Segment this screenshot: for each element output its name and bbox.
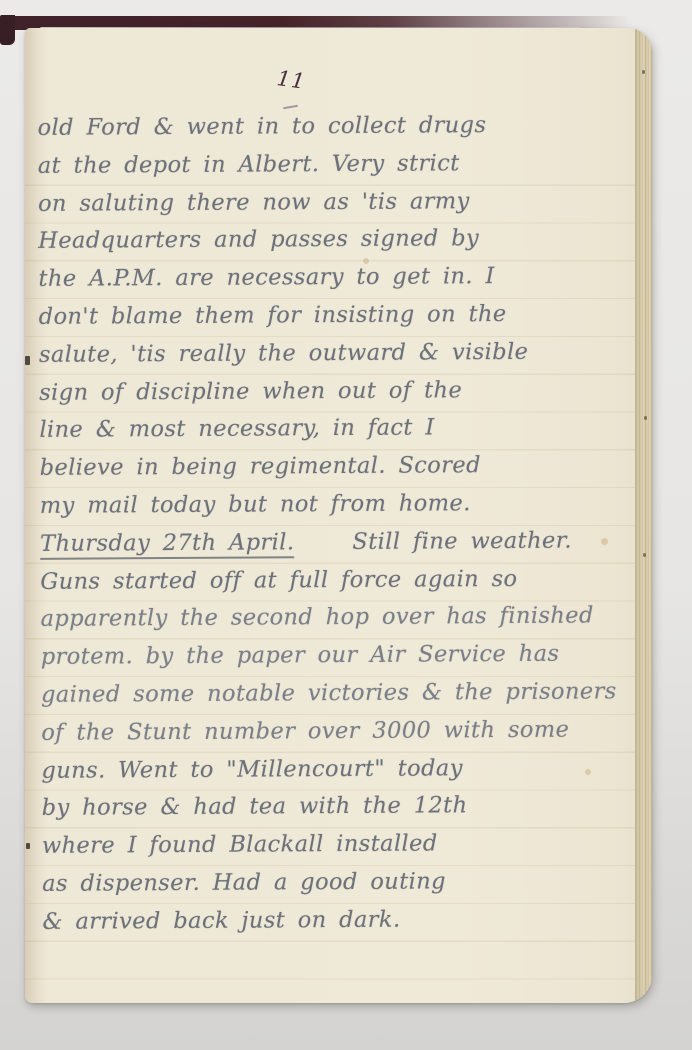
scanned-diary-photo: 11 old Ford & went in to collect drugs a… [0, 0, 692, 1050]
diary-line: the A.P.M. are necessary to get in. I [38, 257, 638, 298]
edge-speck [642, 70, 645, 74]
diary-line: & arrived back just on dark. [42, 900, 642, 941]
diary-line: believe in being regimental. Scored [40, 446, 640, 487]
diary-line: my mail today but not from home. [40, 484, 640, 525]
diary-entry-heading-line: Thursday 27th April.Still fine weather. [40, 522, 640, 563]
page-number: 11 [275, 66, 307, 94]
diary-line: at the depot in Albert. Very strict [38, 144, 638, 185]
notebook-cover-corner [0, 15, 15, 45]
diary-line: line & most necessary, in fact I [39, 409, 639, 450]
handwritten-text: old Ford & went in to collect drugs at t… [37, 106, 642, 941]
diary-line: where I found Blackall installed [42, 824, 642, 865]
diary-line: apparently the second hop over has finis… [40, 598, 640, 639]
diary-line: old Ford & went in to collect drugs [37, 106, 637, 147]
edge-speck [643, 553, 646, 557]
diary-line: by horse & had tea with the 12th [42, 787, 642, 828]
binding-mark [25, 356, 30, 365]
diary-line: as dispenser. Had a good outing [42, 862, 642, 903]
edge-speck [644, 416, 647, 420]
diary-line: sign of discipline when out of the [39, 371, 639, 412]
diary-page: 11 old Ford & went in to collect drugs a… [25, 28, 652, 1003]
diary-line: on saluting there now as 'tis army [38, 182, 638, 223]
diary-line: don't blame them for insisting on the [39, 295, 639, 336]
diary-line: protem. by the paper our Air Service has [41, 635, 641, 676]
entry-date-heading: Thursday 27th April. [40, 529, 294, 560]
diary-line: of the Stunt number over 3000 with some [41, 711, 641, 752]
binding-mark [26, 843, 30, 849]
diary-line: guns. Went to "Millencourt" today [41, 749, 641, 790]
entry-weather-note: Still fine weather. [352, 527, 572, 554]
diary-line: gained some notable victories & the pris… [41, 673, 641, 714]
diary-line: Headquarters and passes signed by [38, 220, 638, 261]
diary-line: Guns started off at full force again so [40, 560, 640, 601]
diary-line: salute, 'tis really the outward & visibl… [39, 333, 639, 374]
